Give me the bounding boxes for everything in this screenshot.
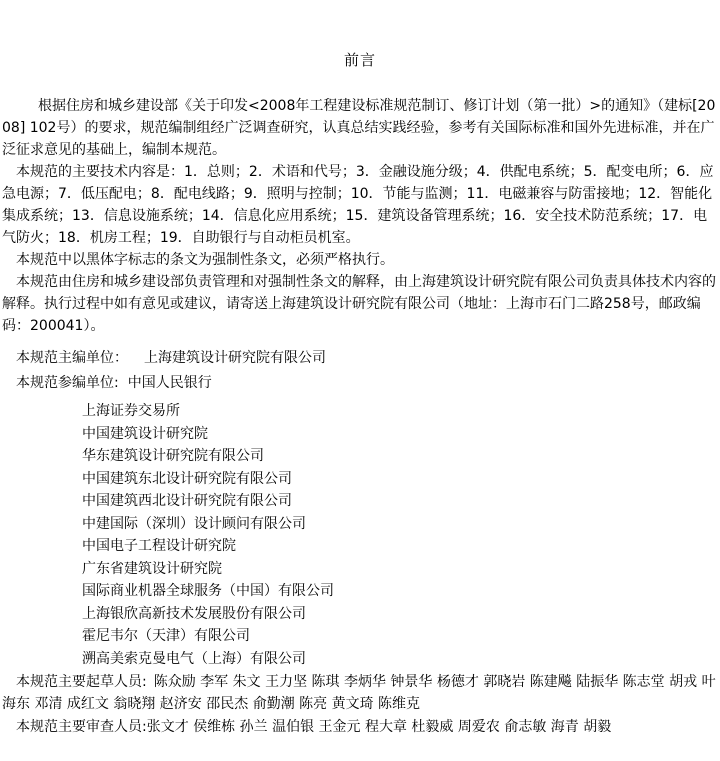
preface-document-page: 前言 根据住房和城乡建设部《关于印发<2008年工程建设标准规范制订、修订计划（… [0,0,720,761]
participant-org: 中国建筑西北设计研究院有限公司 [82,490,718,513]
participant-org: 中国建筑东北设计研究院有限公司 [82,468,718,491]
participant-org: 国际商业机器全球服务（中国）有限公司 [82,580,718,603]
participant-org: 上海银欣高新技术发展股份有限公司 [82,603,718,626]
page-title: 前言 [2,52,718,68]
participant-org: 中国电子工程设计研究院 [82,535,718,558]
participant-org: 广东省建筑设计研究院 [82,558,718,581]
participants-line: 本规范参编单位:中国人民银行 [2,372,718,394]
chief-editor-line: 本规范主编单位：上海建筑设计研究院有限公司 [2,347,718,369]
management-contact-paragraph: 本规范由住房和城乡建设部负责管理和对强制性条文的解释，由上海建筑设计研究院有限公… [2,271,718,337]
intro-paragraph: 根据住房和城乡建设部《关于印发<2008年工程建设标准规范制订、修订计划（第一批… [2,95,718,161]
participant-org: 华东建筑设计研究院有限公司 [82,445,718,468]
participants-org-list: 上海证券交易所 中国建筑设计研究院 华东建筑设计研究院有限公司 中国建筑东北设计… [2,400,718,670]
participant-org: 溯高美索克曼电气（上海）有限公司 [82,648,718,671]
participant-org: 中建国际（深圳）设计顾问有限公司 [82,513,718,536]
participant-org: 上海证券交易所 [82,400,718,423]
reviewers-paragraph: 本规范主要审查人员:张文才 侯维栋 孙兰 温伯银 王金元 程大章 杜毅威 周爱农… [2,716,718,738]
chief-editor-value: 上海建筑设计研究院有限公司 [144,350,326,366]
participants-label: 本规范参编单位: [16,375,119,391]
reviewers-label: 本规范主要审查人员: [16,719,147,735]
participant-org: 霍尼韦尔（天津）有限公司 [82,625,718,648]
reviewers-names: 张文才 侯维栋 孙兰 温伯银 王金元 程大章 杜毅威 周爱农 俞志敏 海青 胡毅 [147,719,612,735]
drafters-label: 本规范主要起草人员: [16,674,147,690]
participants-first-value: 中国人民银行 [128,375,212,391]
chief-editor-label: 本规范主编单位： [16,350,128,366]
technical-contents-paragraph: 本规范的主要技术内容是：1．总则；2．术语和代号；3．金融设施分级；4．供配电系… [2,161,718,249]
participant-org: 中国建筑设计研究院 [82,423,718,446]
drafters-paragraph: 本规范主要起草人员:陈众励 李军 朱文 王力坚 陈琪 李炳华 钟景华 杨德才 郭… [2,671,718,715]
mandatory-clauses-paragraph: 本规范中以黑体字标志的条文为强制性条文，必须严格执行。 [2,249,718,271]
